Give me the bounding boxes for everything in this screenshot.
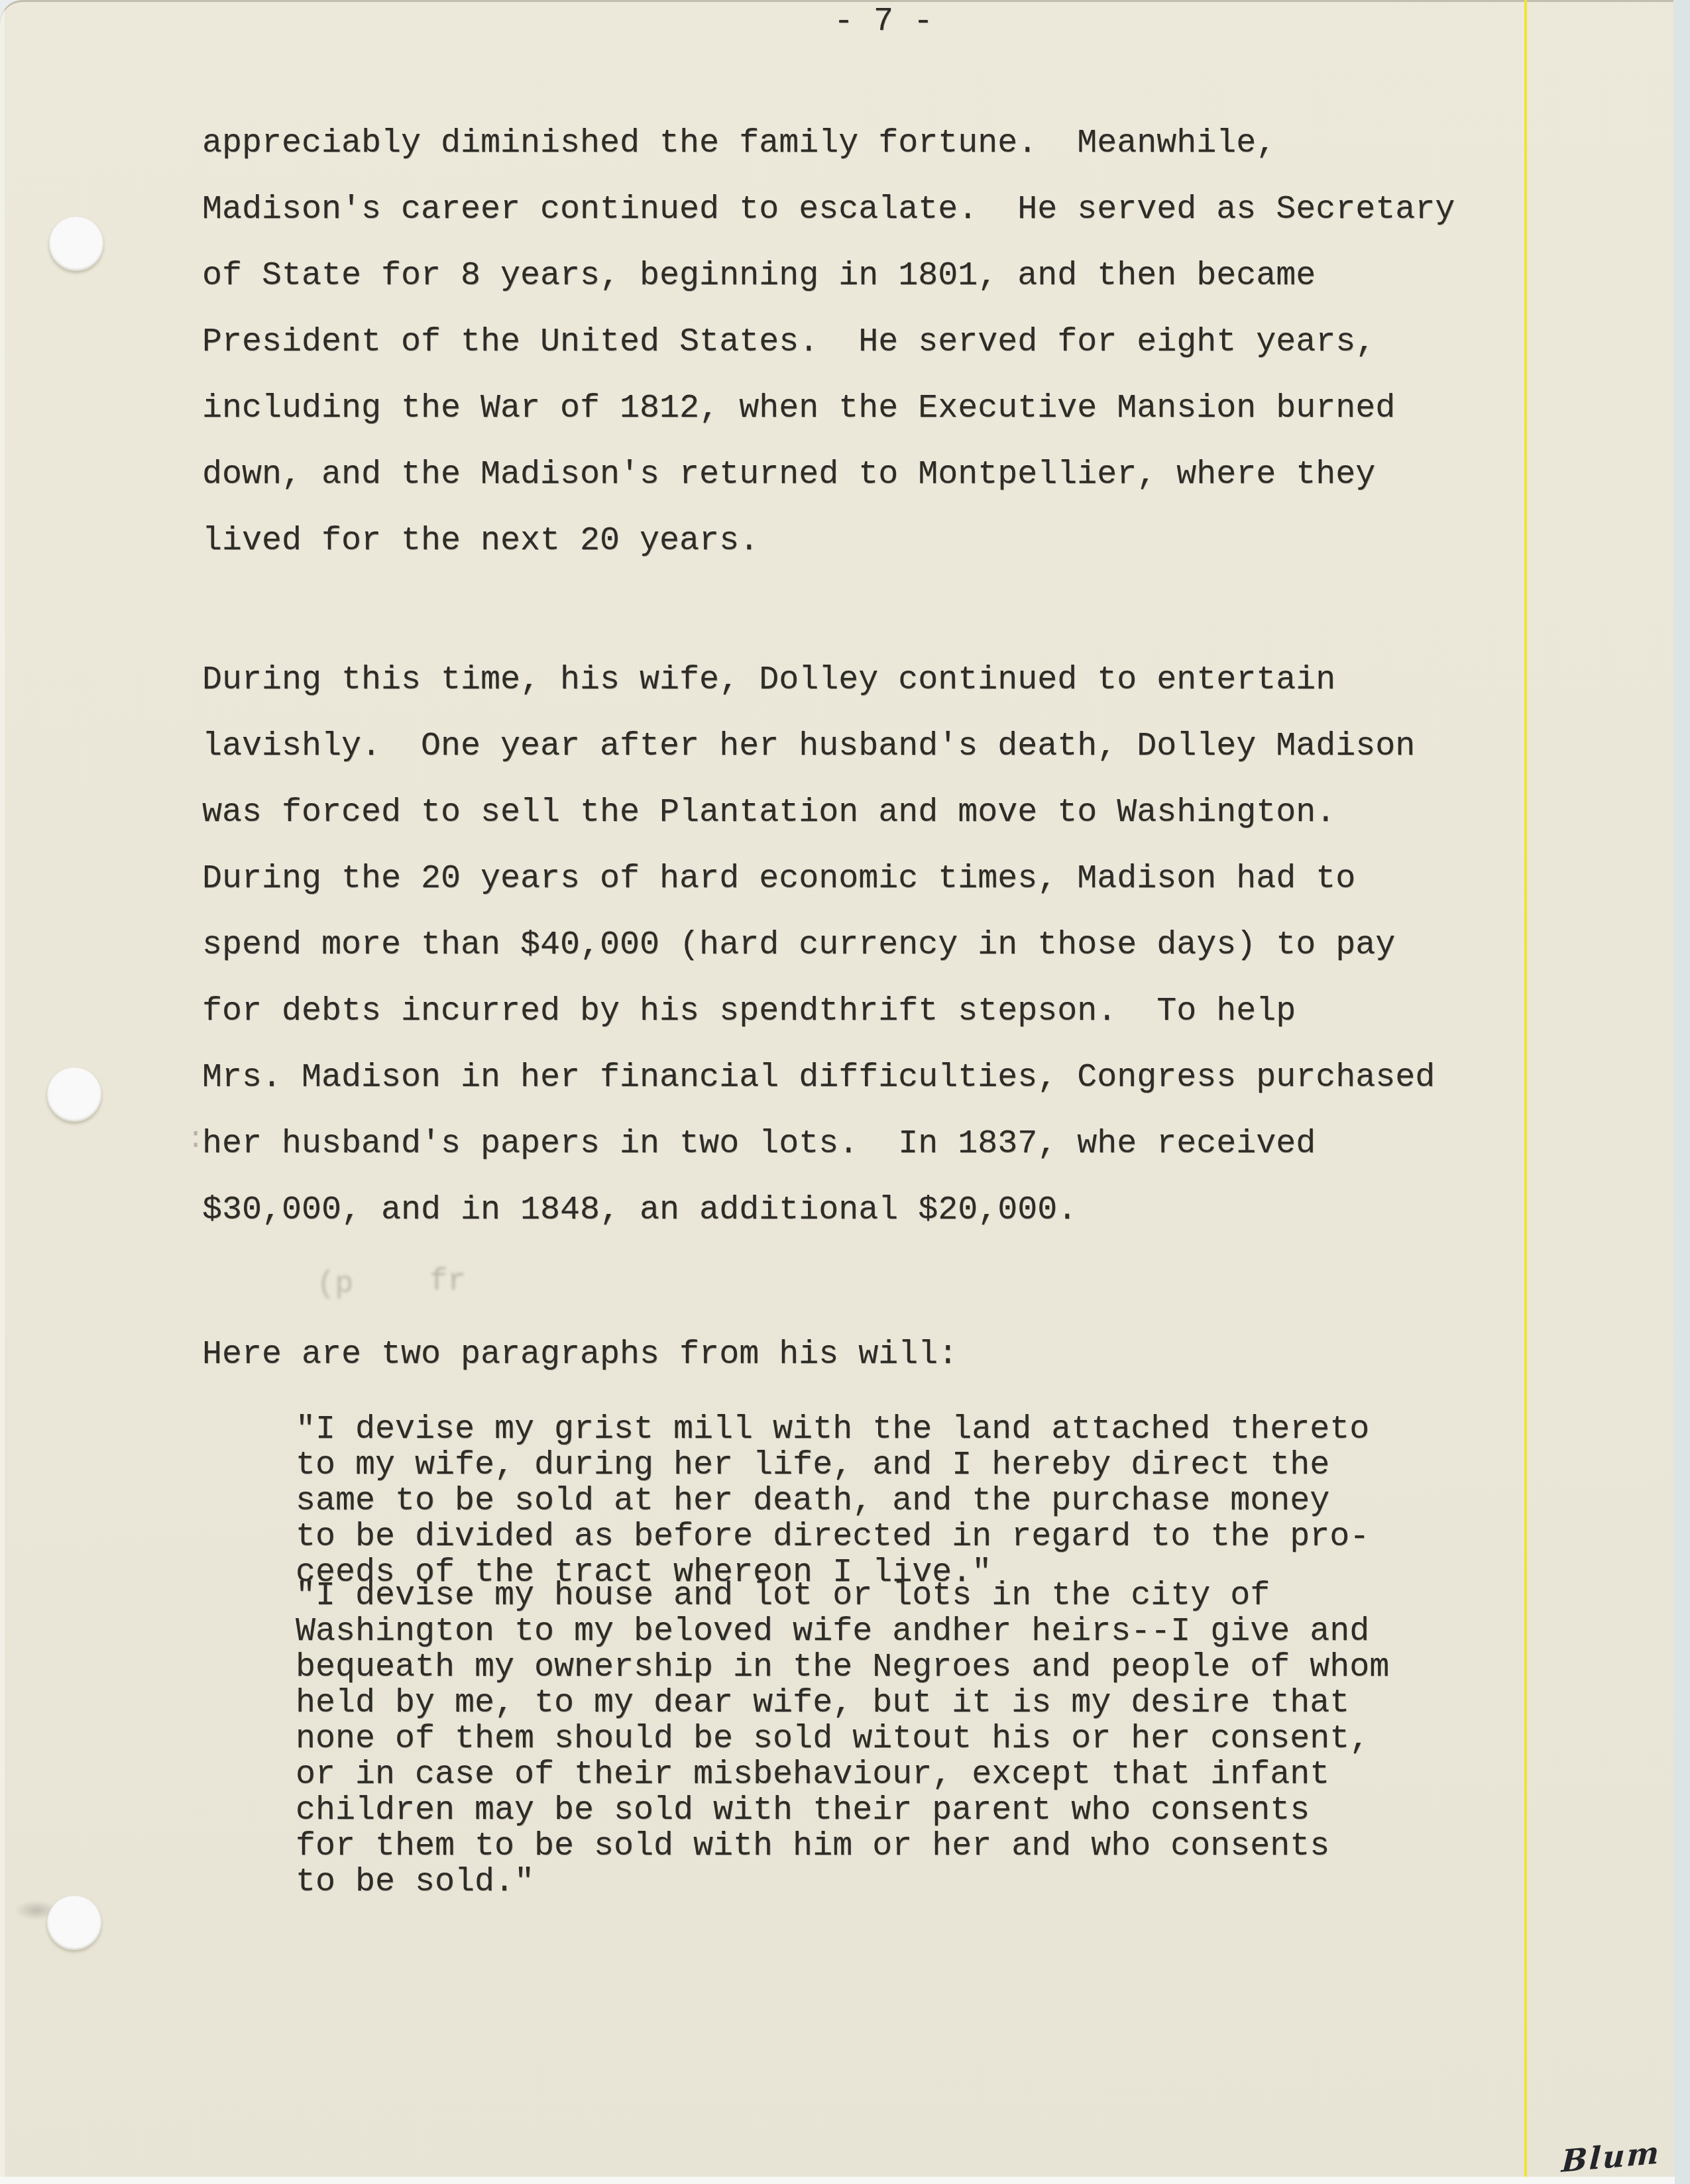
scanner-edge-bottom	[0, 2177, 1675, 2184]
hole-punch-middle	[47, 1067, 101, 1122]
paragraph-2: During this time, his wife, Dolley conti…	[202, 647, 1435, 1244]
will-quote-1: "I devise my grist mill with the land at…	[296, 1412, 1369, 1591]
hole-punch-bottom	[47, 1896, 101, 1950]
hole-punch-top	[49, 217, 103, 271]
scanner-edge-right	[1673, 0, 1690, 2184]
will-quote-2: "I devise my house and lot or lots in th…	[296, 1578, 1389, 1900]
smudge-mark-left: (p	[317, 1267, 353, 1301]
paragraph-1: appreciably diminished the family fortun…	[202, 111, 1455, 574]
ghost-ink-mark: :	[187, 1123, 204, 1156]
scan-background: - 7 - appreciably diminished the family …	[0, 0, 1690, 2184]
page-number: - 7 -	[834, 4, 933, 40]
margin-rule-line	[1524, 0, 1527, 2177]
will-intro-line: Here are two paragraphs from his will:	[202, 1337, 958, 1373]
paper: - 7 - appreciably diminished the family …	[0, 0, 1675, 2178]
smudge-mark-right: fr	[429, 1264, 466, 1299]
handwritten-signature: Blum	[1561, 2134, 1662, 2178]
paper-left-edge	[0, 0, 5, 2177]
